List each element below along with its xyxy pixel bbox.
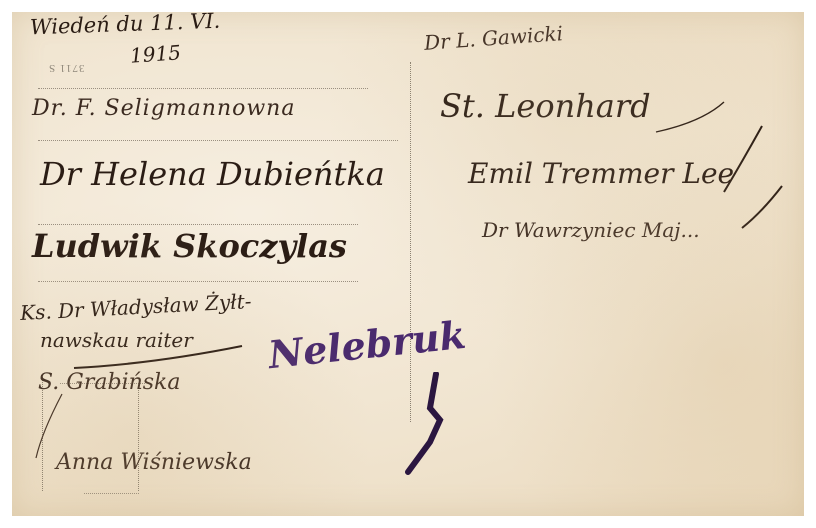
underline-flourish	[72, 342, 252, 372]
signature-majkowski: Dr Wawrzyniec Maj...	[482, 220, 700, 240]
stamp-number: 3711 S	[48, 62, 84, 74]
signature-grabinska: S. Grabińska	[38, 372, 181, 394]
ruled-line-2	[38, 140, 398, 141]
signature-tremmer: Emil Tremmer Lee	[468, 160, 734, 188]
ruled-line-3	[38, 224, 358, 225]
postcard-back: Wiedeń du 11. VI. 1915 3711 S Dr. F. Sel…	[12, 12, 804, 516]
place-date-line1: Wiedeń du 11. VI.	[30, 11, 221, 39]
violet-signature-tail	[396, 372, 456, 482]
tremmer-flourish	[702, 122, 792, 232]
signature-wisniewska: Anna Wiśniewska	[56, 452, 252, 474]
signature-gawicki: Dr L. Gawicki	[423, 23, 563, 53]
signature-dubienska: Dr Helena Dubieńtka	[40, 158, 385, 190]
signature-violet: Nelebruk	[267, 316, 468, 374]
signature-leonhard: St. Leonhard	[440, 90, 651, 122]
ruled-line-4	[38, 281, 358, 282]
stamp-box-bottom	[84, 493, 139, 494]
place-date-year: 1915	[129, 42, 181, 66]
signature-seligmann: Dr. F. Seligmannowna	[32, 98, 295, 120]
ruled-line-1	[38, 88, 368, 89]
signature-zylt-line1: Ks. Dr Władysław Żyłt-	[20, 291, 252, 323]
signature-skoczylas: Ludwik Skoczylas	[32, 230, 347, 262]
stamp-box-right	[138, 387, 139, 491]
vertical-divider-line	[410, 62, 411, 422]
